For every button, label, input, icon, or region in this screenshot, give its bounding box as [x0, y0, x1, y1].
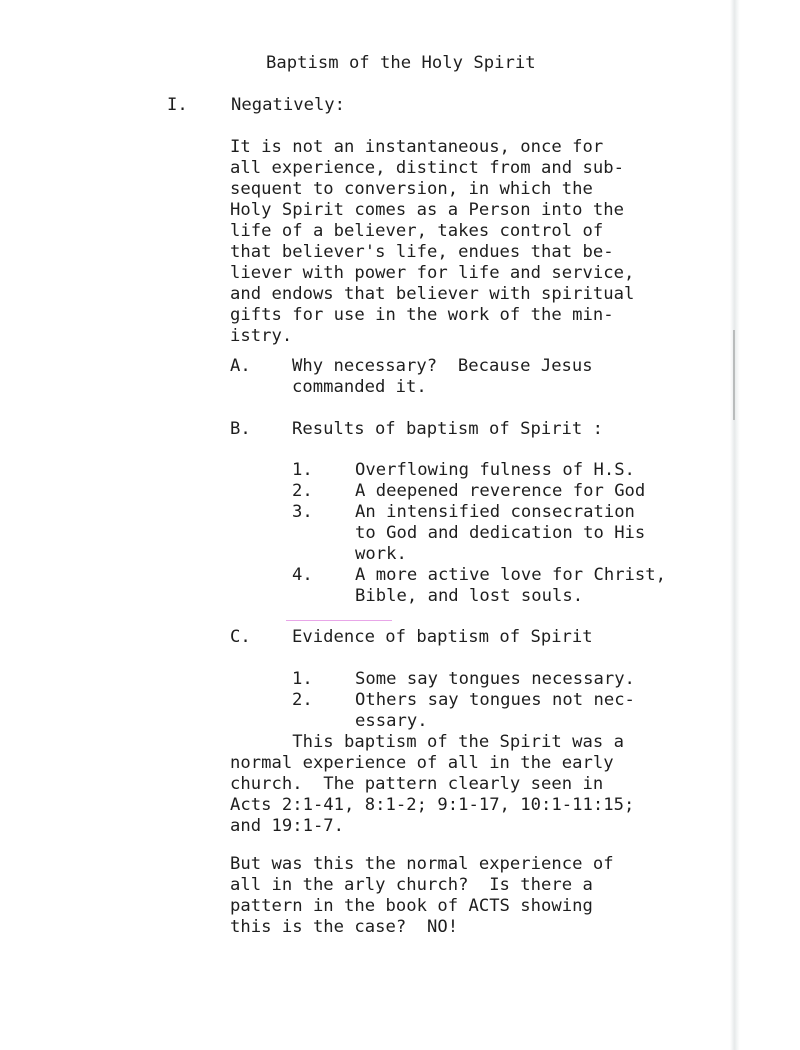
list-item-line: Others say tongues not nec-	[355, 690, 635, 711]
list-item-line: work.	[355, 544, 407, 565]
list-item-line: A more active love for Christ,	[355, 565, 666, 586]
section-marker: I.	[167, 95, 188, 116]
subsection-marker: C.	[230, 627, 251, 648]
list-item-line: to God and dedication to His	[355, 523, 645, 544]
paragraph-line: gifts for use in the work of the min-	[230, 305, 614, 326]
paragraph-line: and endows that believer with spiritual	[230, 284, 634, 305]
list-item-marker: 4.	[292, 565, 313, 586]
paragraph-line: life of a believer, takes control of	[230, 221, 603, 242]
list-item-line: Some say tongues necessary.	[355, 669, 635, 690]
page-edge-mark	[733, 330, 735, 420]
document-title: Baptism of the Holy Spirit	[266, 53, 536, 74]
paragraph-line: But was this the normal experience of	[230, 854, 614, 875]
paragraph-line: pattern in the book of ACTS showing	[230, 896, 593, 917]
list-item-line: essary.	[355, 711, 428, 732]
subsection-line: Evidence of baptism of Spirit	[292, 627, 593, 648]
paragraph-line: that believer's life, endues that be-	[230, 242, 614, 263]
section-heading: Negatively:	[231, 95, 345, 116]
list-item-marker: 1.	[292, 669, 313, 690]
pink-pen-mark	[286, 620, 392, 621]
paragraph-line: this is the case? NO!	[230, 917, 458, 938]
subsection-marker: A.	[230, 356, 251, 377]
paragraph-line: all experience, distinct from and sub-	[230, 158, 624, 179]
paragraph-line: church. The pattern clearly seen in	[230, 774, 603, 795]
list-item-marker: 2.	[292, 690, 313, 711]
paragraph-line: It is not an instantaneous, once for	[230, 137, 603, 158]
subsection-line: commanded it.	[292, 377, 427, 398]
subsection-line: Why necessary? Because Jesus	[292, 356, 593, 377]
list-item-line: Bible, and lost souls.	[355, 586, 583, 607]
paragraph-line: and 19:1-7.	[230, 816, 344, 837]
paragraph-line: sequent to conversion, in which the	[230, 179, 593, 200]
paragraph-line: Holy Spirit comes as a Person into the	[230, 200, 624, 221]
paragraph-line: all in the arly church? Is there a	[230, 875, 593, 896]
paragraph-line: This baptism of the Spirit was a	[230, 732, 624, 753]
page-edge-shadow	[730, 0, 740, 1050]
list-item-marker: 2.	[292, 481, 313, 502]
paragraph-line: istry.	[230, 326, 292, 347]
subsection-line: Results of baptism of Spirit :	[292, 419, 603, 440]
list-item-line: Overflowing fulness of H.S.	[355, 460, 635, 481]
paragraph-line: Acts 2:1-41, 8:1-2; 9:1-17, 10:1-11:15;	[230, 795, 634, 816]
subsection-marker: B.	[230, 419, 251, 440]
list-item-line: A deepened reverence for God	[355, 481, 645, 502]
list-item-line: An intensified consecration	[355, 502, 635, 523]
list-item-marker: 3.	[292, 502, 313, 523]
list-item-marker: 1.	[292, 460, 313, 481]
paragraph-line: normal experience of all in the early	[230, 753, 614, 774]
paragraph-line: liever with power for life and service,	[230, 263, 634, 284]
